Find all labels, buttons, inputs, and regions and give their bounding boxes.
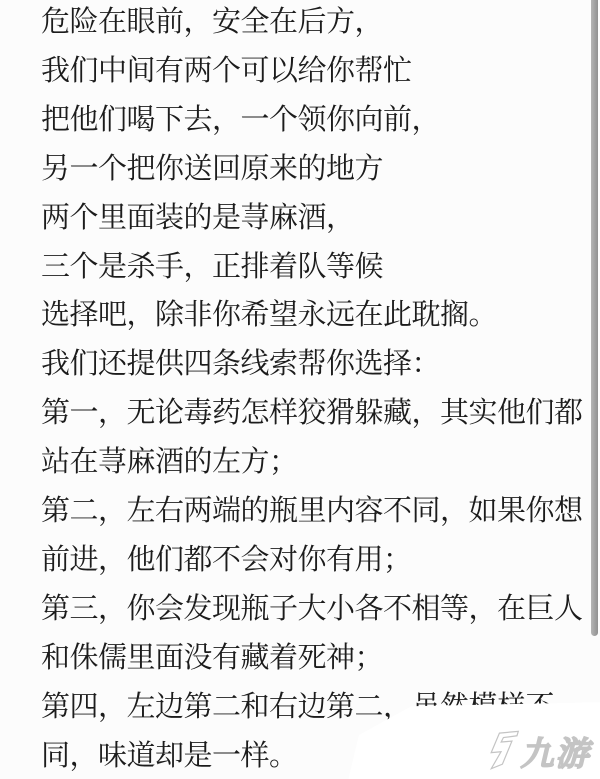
riddle-line: 第三，你会发现瓶子大小各不相等，在巨人	[41, 585, 592, 634]
jiuyou-logo-icon	[485, 729, 521, 771]
riddle-line: 把他们喝下去，一个领你向前，	[41, 96, 592, 145]
watermark: 九游	[487, 729, 594, 771]
riddle-line: 我们还提供四条线索帮你选择：	[41, 340, 592, 389]
riddle-line: 我们中间有两个可以给你帮忙	[41, 47, 592, 96]
riddle-line: 选择吧，除非你希望永远在此耽搁。	[41, 291, 592, 340]
riddle-line: 前进，他们都不会对你有用；	[41, 536, 592, 585]
riddle-line: 另一个把你送回原来的地方	[41, 145, 592, 194]
riddle-line: 两个里面装的是荨麻酒，	[41, 194, 592, 243]
watermark-brand-text: 九游	[519, 731, 598, 770]
riddle-line: 第二，左右两端的瓶里内容不同，如果你想	[41, 487, 592, 536]
scrollbar-thumb[interactable]	[591, 0, 598, 636]
riddle-line: 三个是杀手，正排着队等候	[41, 243, 592, 292]
riddle-line: 站在荨麻酒的左方；	[41, 438, 592, 487]
page: 危险在眼前，安全在后方， 我们中间有两个可以给你帮忙 把他们喝下去，一个领你向前…	[0, 0, 600, 779]
riddle-line: 第一，无论毒药怎样狡猾躲藏，其实他们都	[41, 389, 592, 438]
riddle-line: 危险在眼前，安全在后方，	[41, 0, 592, 47]
riddle-text-block: 危险在眼前，安全在后方， 我们中间有两个可以给你帮忙 把他们喝下去，一个领你向前…	[41, 0, 592, 779]
riddle-line: 和侏儒里面没有藏着死神；	[41, 634, 592, 683]
scrollbar-track[interactable]	[590, 0, 600, 779]
